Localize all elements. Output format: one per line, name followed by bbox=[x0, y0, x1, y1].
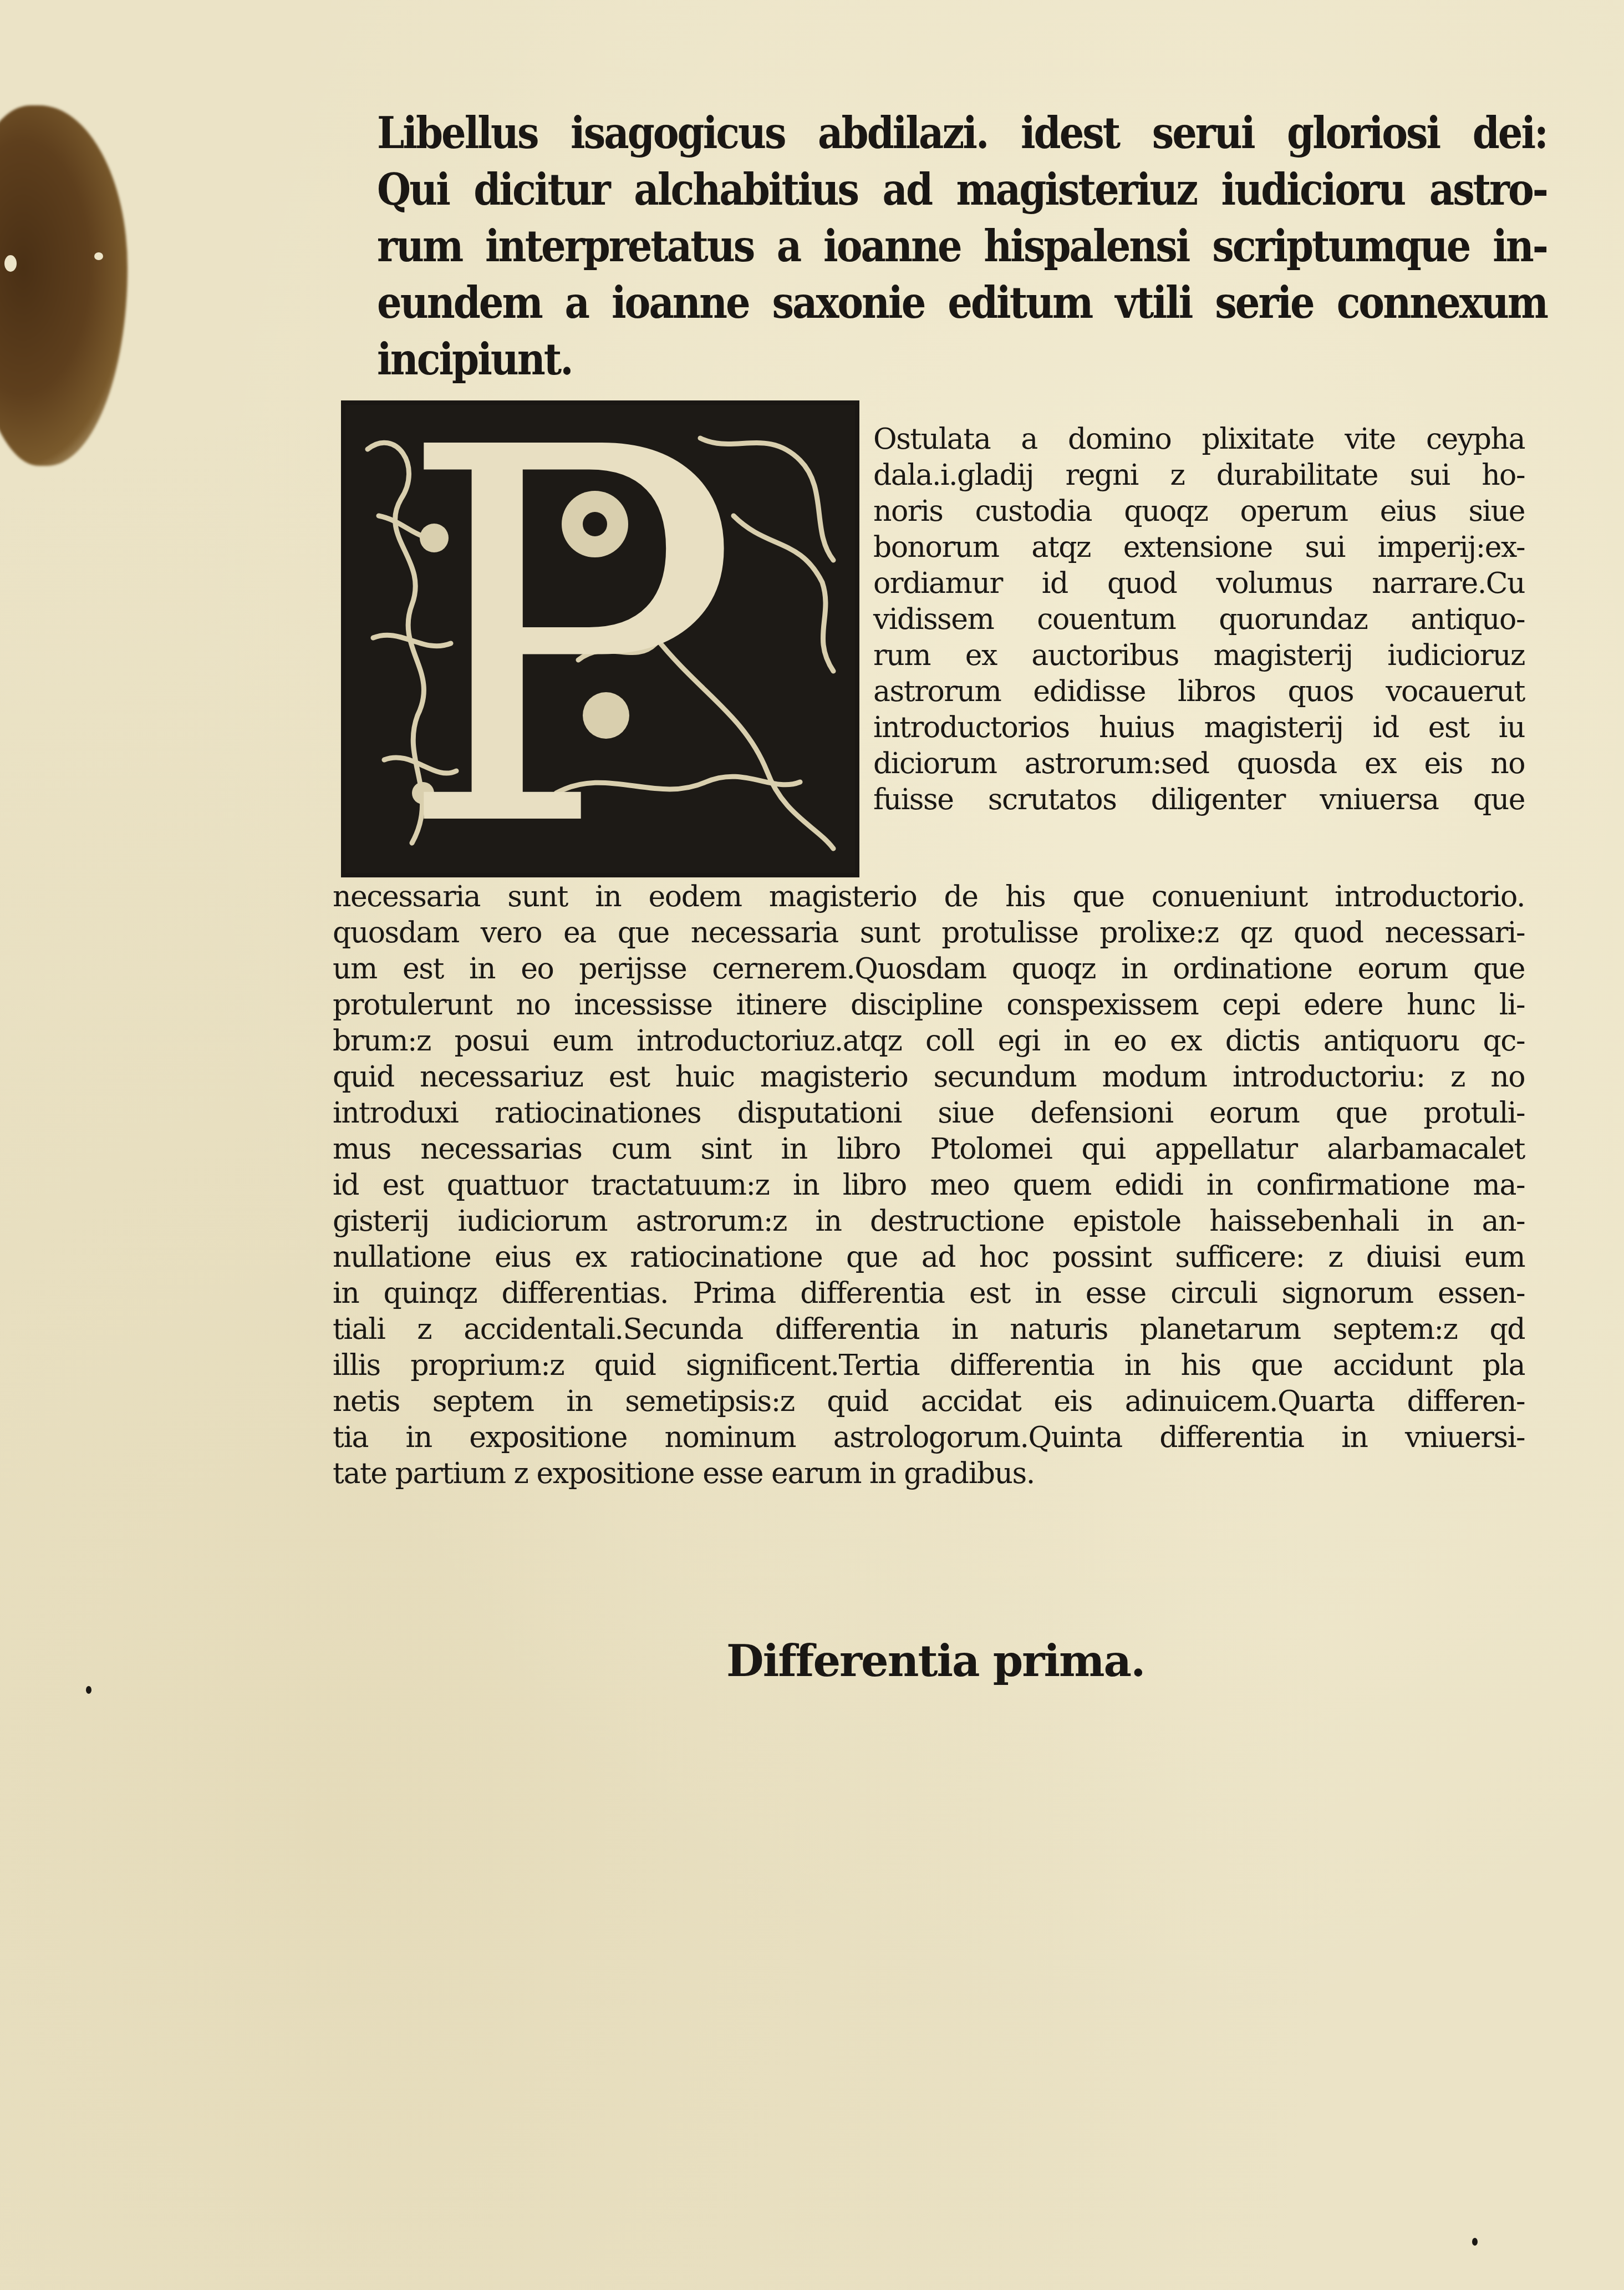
text-line: noris custodia quoqz operum eius siue bbox=[873, 494, 1525, 530]
text-line: introduxi ratiocinationes disputationi s… bbox=[333, 1095, 1525, 1131]
text-line: tia in expositione nominum astrologorum.… bbox=[333, 1420, 1525, 1456]
paper-hole bbox=[94, 252, 103, 260]
text-line: bonorum atqz extensione sui imperij:ex- bbox=[873, 530, 1525, 566]
text-line: in quinqz differentias. Prima differenti… bbox=[333, 1276, 1525, 1312]
text-line: protulerunt no incessisse itinere discip… bbox=[333, 987, 1525, 1023]
text-line: tate partium z expositione esse earum in… bbox=[333, 1456, 1525, 1492]
body-paragraph-indented: Ostulata a domino plixitate vite ceypha … bbox=[873, 422, 1525, 818]
text-line: vidissem couentum quorundaz antiquo- bbox=[873, 602, 1525, 638]
text-line: introductorios huius magisterij id est i… bbox=[873, 710, 1525, 746]
section-heading: Differentia prima. bbox=[726, 1636, 1144, 1687]
text-line: tiali z accidentali.Secunda differentia … bbox=[333, 1312, 1525, 1348]
body-paragraph: necessaria sunt in eodem magisterio de h… bbox=[333, 879, 1525, 1492]
ink-speck bbox=[86, 1686, 91, 1694]
text-line: Ostulata a domino plixitate vite ceypha bbox=[873, 422, 1525, 458]
initial-letter: P bbox=[395, 400, 742, 877]
text-line: necessaria sunt in eodem magisterio de h… bbox=[333, 879, 1525, 915]
text-line: quosdam vero ea que necessaria sunt prot… bbox=[333, 915, 1525, 951]
incipit-title: Libellus isagogicus abdilazi. idest seru… bbox=[377, 105, 1547, 388]
decorated-initial-p: P bbox=[341, 400, 859, 877]
text-line: diciorum astrorum:sed quosda ex eis no bbox=[873, 746, 1525, 782]
text-line: rum ex auctoribus magisterij iudicioruz bbox=[873, 638, 1525, 674]
text-line: dala.i.gladij regni z durabilitate sui h… bbox=[873, 458, 1525, 494]
text-line: ordiamur id quod volumus narrare.Cu bbox=[873, 566, 1525, 602]
text-line: fuisse scrutatos diligenter vniuersa que bbox=[873, 782, 1525, 818]
paper-hole bbox=[4, 255, 17, 272]
title-line: eundem a ioanne saxonie editum vtili ser… bbox=[377, 275, 1547, 332]
text-line: nullatione eius ex ratiocinatione que ad… bbox=[333, 1240, 1525, 1276]
text-line: illis proprium:z quid significent.Tertia… bbox=[333, 1348, 1525, 1384]
title-line: Qui dicitur alchabitius ad magisteriuz i… bbox=[377, 162, 1547, 219]
text-line: id est quattuor tractatuum:z in libro me… bbox=[333, 1167, 1525, 1204]
title-line: incipiunt. bbox=[377, 332, 1547, 388]
text-line: gisterij iudiciorum astrorum:z in destru… bbox=[333, 1204, 1525, 1240]
text-line: netis septem in semetipsis:z quid accida… bbox=[333, 1384, 1525, 1420]
text-line: mus necessarias cum sint in libro Ptolom… bbox=[333, 1131, 1525, 1167]
text-line: astrorum edidisse libros quos vocauerut bbox=[873, 674, 1525, 710]
text-line: quid necessariuz est huic magisterio sec… bbox=[333, 1059, 1525, 1095]
text-line: um est in eo perijsse cernerem.Quosdam q… bbox=[333, 951, 1525, 987]
ink-speck bbox=[1472, 2238, 1478, 2246]
text-line: brum:z posui eum introductoriuz.atqz col… bbox=[333, 1023, 1525, 1059]
title-line: rum interpretatus a ioanne hispalensi sc… bbox=[377, 219, 1547, 275]
title-line: Libellus isagogicus abdilazi. idest seru… bbox=[377, 105, 1547, 162]
water-stain bbox=[0, 105, 128, 466]
